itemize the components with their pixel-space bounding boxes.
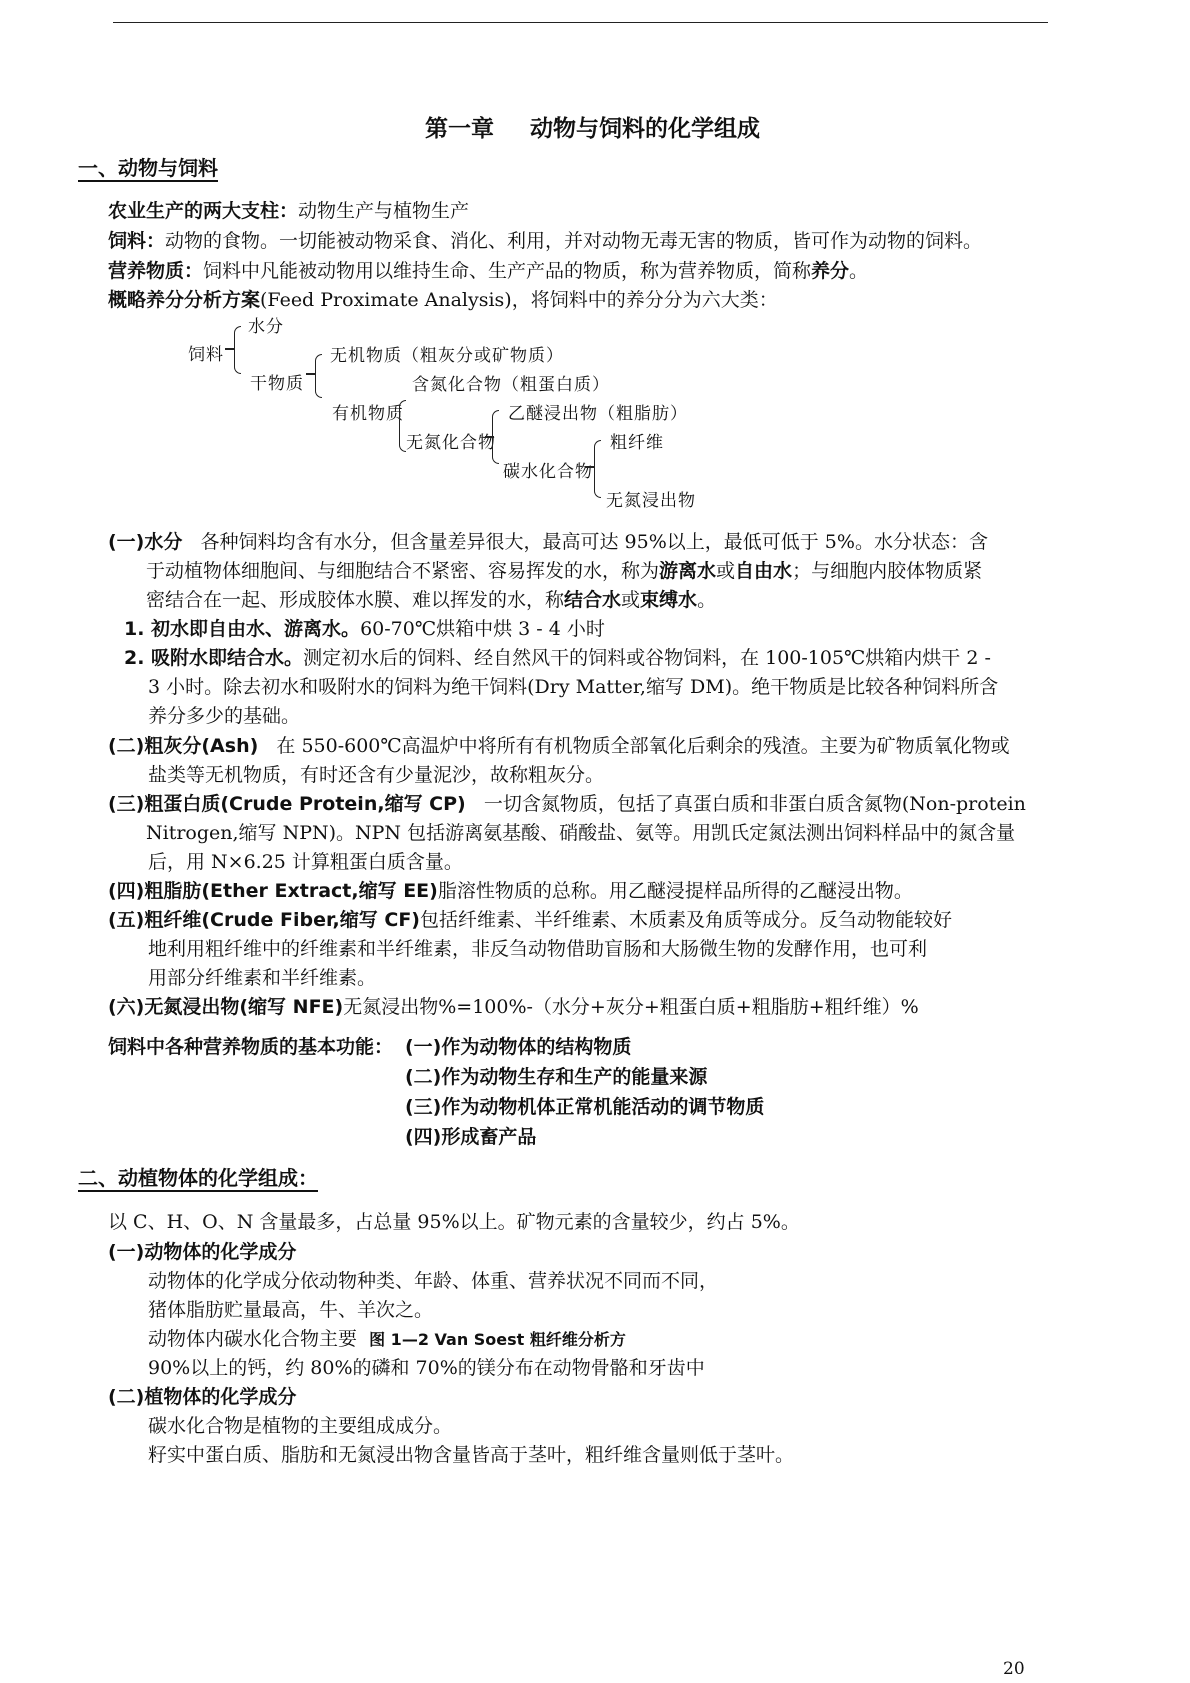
item-text: ；与细胞内胶体物质紧 <box>792 560 982 582</box>
item-text: 包括纤维素、半纤维素、木质素及角质等成分。反刍动物能较好 <box>420 909 952 931</box>
term-bold: 游离水 <box>659 560 716 582</box>
chapter-title: 动物与饲料的化学组成 <box>530 116 760 142</box>
animal-line: 动物体内碳水化合物主要 图 1—2 Van Soest 粗纤维分析方 <box>148 1324 626 1351</box>
item-nfe-line1: (六)无氮浸出物(缩写 NFE)无氮浸出物%=100%-（水分+灰分+粗蛋白质+… <box>108 992 919 1019</box>
item-water-line1: (一)水分 各种饲料均含有水分，但含量差异很大，最高可达 95%以上，最低可低于… <box>108 527 988 554</box>
item-text: 各种饲料均含有水分，但含量差异很大，最高可达 95%以上，最低可低于 5%。水分… <box>201 531 988 553</box>
item-text: 于动植物体细胞间、与细胞结合不紧密、容易挥发的水，称为 <box>146 560 659 582</box>
section-heading-2: 二、动植物体的化学组成： <box>78 1162 318 1191</box>
tree-node-ether-extract: 乙醚浸出物（粗脂肪） <box>508 399 688 424</box>
item-cp-line3: 后，用 N×6.25 计算粗蛋白质含量。 <box>148 847 463 874</box>
tree-node-nfe: 无氮浸出物 <box>606 486 696 511</box>
chapter-number: 第一章 <box>425 116 494 142</box>
functions-label: 饲料中各种营养物质的基本功能： <box>108 1032 393 1059</box>
item-text: 在 550-600℃高温炉中将所有有机物质全部氧化后剩余的残渣。主要为矿物质氧化… <box>276 735 1009 757</box>
item-label: (六)无氮浸出物(缩写 NFE) <box>108 996 343 1018</box>
tree-node-nitrogenous: 含氮化合物（粗蛋白质） <box>412 370 610 395</box>
intro-line-nutrients: 营养物质：饲料中凡能被动物用以维持生命、生产产品的物质，称为营养物质，简称养分。 <box>108 256 868 283</box>
plant-line: 碳水化合物是植物的主要组成成分。 <box>148 1411 452 1438</box>
function-item: (二)作为动物生存和生产的能量来源 <box>405 1062 707 1089</box>
item-label: (四)粗脂肪(Ether Extract,缩写 EE) <box>108 880 438 902</box>
intro-line-proximate: 概略养分分析方案(Feed Proximate Analysis)，将饲料中的养… <box>108 285 778 312</box>
page-title: 第一章动物与饲料的化学组成 <box>425 110 760 143</box>
term-text: 动物的食物。一切能被动物采食、消化、利用，并对动物无毒无害的物质，皆可作为动物的… <box>165 230 982 252</box>
brace-icon <box>399 400 406 452</box>
term-bold: 养分 <box>811 260 849 282</box>
plant-composition-heading: (二)植物体的化学成分 <box>108 1382 296 1409</box>
item-ash-line2: 盐类等无机物质，有时还含有少量泥沙，故称粗灰分。 <box>148 760 604 787</box>
brace-tip-icon <box>485 436 494 438</box>
term-label: 营养物质： <box>108 260 203 282</box>
tree-node-crude-fiber: 粗纤维 <box>610 428 664 453</box>
term-label: 概略养分分析方案 <box>108 289 260 311</box>
function-item: (一)作为动物体的结构物质 <box>405 1032 631 1059</box>
tree-node-organic: 有机物质 <box>332 399 404 424</box>
sub-label: 2. 吸附水即结合水。 <box>124 647 303 669</box>
tree-node-inorganic: 无机物质（粗灰分或矿物质） <box>330 341 564 366</box>
term-text: 动物生产与植物生产 <box>298 200 469 222</box>
intro-line-pillars: 农业生产的两大支柱：动物生产与植物生产 <box>108 196 469 223</box>
sub-text: 60-70℃烘箱中烘 3 - 4 小时 <box>360 618 605 640</box>
item-cf-line1: (五)粗纤维(Crude Fiber,缩写 CF)包括纤维素、半纤维素、木质素及… <box>108 905 952 932</box>
term-bold: 束缚水 <box>640 589 697 611</box>
term-text: 饲料中凡能被动物用以维持生命、生产产品的物质，称为营养物质，简称 <box>203 260 811 282</box>
term-label: 农业生产的两大支柱： <box>108 200 298 222</box>
tree-node-water: 水分 <box>248 312 284 337</box>
item-text: 脂溶性物质的总称。用乙醚浸提样品所得的乙醚浸出物。 <box>438 880 913 902</box>
item-text: 无氮浸出物%=100%-（水分+灰分+粗蛋白质+粗脂肪+粗纤维）% <box>343 996 918 1018</box>
brace-icon <box>234 326 241 374</box>
item-label: (五)粗纤维(Crude Fiber,缩写 CF) <box>108 909 420 931</box>
animal-line: 猪体脂肪贮量最高，牛、羊次之。 <box>148 1295 433 1322</box>
item-water-sub2-line3: 养分多少的基础。 <box>148 701 300 728</box>
item-ash-line1: (二)粗灰分(Ash) 在 550-600℃高温炉中将所有有机物质全部氧化后剩余… <box>108 731 1010 758</box>
animal-line: 动物体的化学成分依动物种类、年龄、体重、营养状况不同而不同， <box>148 1266 718 1293</box>
animal-composition-heading: (一)动物体的化学成分 <box>108 1237 296 1264</box>
figure-caption: 图 1—2 Van Soest 粗纤维分析方 <box>369 1330 626 1349</box>
item-text: 密结合在一起、形成胶体水膜、难以挥发的水，称 <box>146 589 564 611</box>
section2-intro: 以 C、H、O、N 含量最多，占总量 95%以上。矿物元素的含量较少，约占 5%… <box>108 1207 800 1234</box>
brace-tip-icon <box>225 348 234 350</box>
item-label: (一)水分 <box>108 531 182 553</box>
item-text: 或 <box>716 560 735 582</box>
term-bold: 自由水 <box>735 560 792 582</box>
item-water-line2: 于动植物体细胞间、与细胞结合不紧密、容易挥发的水，称为游离水或自由水；与细胞内胶… <box>146 556 982 583</box>
tree-node-dry-matter: 干物质 <box>250 369 304 394</box>
brace-icon <box>315 354 322 398</box>
section-heading-1: 一、动物与饲料 <box>78 152 218 181</box>
item-water-sub2-line2: 3 小时。除去初水和吸附水的饲料为绝干饲料(Dry Matter,缩写 DM)。… <box>148 672 998 699</box>
item-label: (三)粗蛋白质(Crude Protein,缩写 CP) <box>108 793 466 815</box>
brace-tip-icon <box>585 466 594 468</box>
animal-line: 90%以上的钙，约 80%的磷和 70%的镁分布在动物骨骼和牙齿中 <box>148 1353 705 1380</box>
item-water-sub2-line1: 2. 吸附水即结合水。测定初水后的饲料、经自然风干的饲料或谷物饲料，在 100-… <box>124 643 991 670</box>
function-item: (三)作为动物机体正常机能活动的调节物质 <box>405 1092 764 1119</box>
page-number: 20 <box>1003 1659 1025 1679</box>
item-text: 或 <box>621 589 640 611</box>
intro-line-feed: 饲料：动物的食物。一切能被动物采食、消化、利用，并对动物无毒无害的物质，皆可作为… <box>108 226 982 253</box>
item-text: 。 <box>697 589 716 611</box>
header-rule <box>113 22 1048 23</box>
tree-node-non-nitrogenous: 无氮化合物 <box>406 428 496 453</box>
tree-node-feed: 饲料 <box>188 340 224 365</box>
sub-label: 1. 初水即自由水、游离水。 <box>124 618 360 640</box>
item-water-sub1: 1. 初水即自由水、游离水。60-70℃烘箱中烘 3 - 4 小时 <box>124 614 605 641</box>
item-label: (二)粗灰分(Ash) <box>108 735 258 757</box>
term-bold: 结合水 <box>564 589 621 611</box>
term-label: 饲料： <box>108 230 165 252</box>
animal-line-text: 动物体内碳水化合物主要 <box>148 1328 357 1350</box>
term-text: (Feed Proximate Analysis)，将饲料中的养分分为六大类： <box>260 289 778 311</box>
item-cf-line3: 用部分纤维素和半纤维素。 <box>148 963 376 990</box>
item-ee-line1: (四)粗脂肪(Ether Extract,缩写 EE)脂溶性物质的总称。用乙醚浸… <box>108 876 913 903</box>
plant-line: 籽实中蛋白质、脂肪和无氮浸出物含量皆高于茎叶，粗纤维含量则低于茎叶。 <box>148 1440 794 1467</box>
term-tail: 。 <box>849 260 868 282</box>
sub-text: 测定初水后的饲料、经自然风干的饲料或谷物饲料，在 100-105℃烘箱内烘干 2… <box>303 647 991 669</box>
brace-icon <box>594 440 601 498</box>
item-cp-line1: (三)粗蛋白质(Crude Protein,缩写 CP) 一切含氮物质，包括了真… <box>108 789 1026 816</box>
tree-node-carbohydrate: 碳水化合物 <box>503 457 593 482</box>
item-cp-line2: Nitrogen,缩写 NPN)。NPN 包括游离氨基酸、硝酸盐、氨等。用凯氏定… <box>146 818 1015 845</box>
brace-tip-icon <box>306 373 315 375</box>
item-cf-line2: 地利用粗纤维中的纤维素和半纤维素，非反刍动物借助盲肠和大肠微生物的发酵作用，也可… <box>148 934 927 961</box>
item-text: 一切含氮物质，包括了真蛋白质和非蛋白质含氮物(Non-protein <box>484 793 1026 815</box>
function-item: (四)形成畜产品 <box>405 1122 536 1149</box>
item-water-line3: 密结合在一起、形成胶体水膜、难以挥发的水，称结合水或束缚水。 <box>146 585 716 612</box>
